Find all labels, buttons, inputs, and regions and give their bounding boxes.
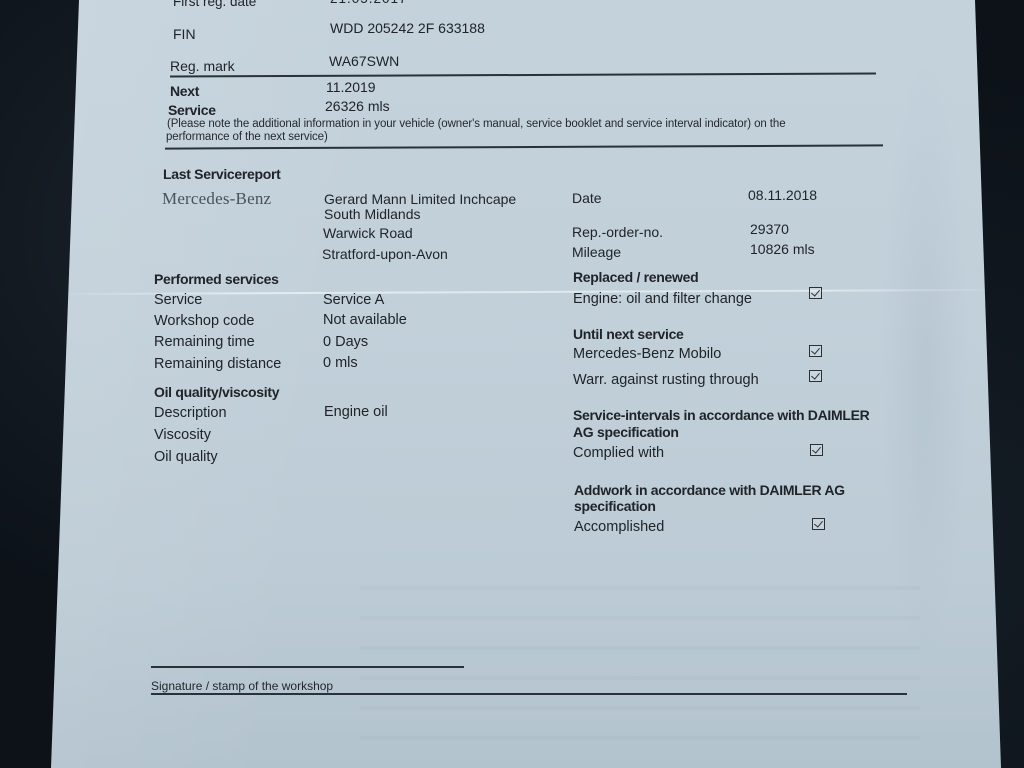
- workshop-code-value: Not available: [323, 312, 407, 328]
- remaining-time-label: Remaining time: [154, 334, 255, 350]
- dealer-town: Stratford-upon-Avon: [322, 246, 448, 262]
- oil-description-label: Description: [154, 405, 227, 421]
- viscosity-label: Viscosity: [154, 427, 211, 443]
- mileage-label: Mileage: [572, 244, 621, 260]
- mercedes-benz-logo: Mercedes-Benz: [162, 189, 271, 209]
- performed-services-heading: Performed services: [154, 271, 279, 287]
- complied-with-label: Complied with: [573, 445, 664, 461]
- fin-label: FIN: [173, 26, 196, 42]
- dealer-name: Gerard Mann Limited Inchcape: [324, 191, 516, 207]
- checked-box-icon: [810, 444, 823, 456]
- engine-oil-change-label: Engine: oil and filter change: [573, 291, 752, 307]
- remaining-distance-value: 0 mls: [323, 355, 358, 371]
- reg-mark-rule: [170, 72, 876, 77]
- first-reg-label: First reg. date: [173, 0, 256, 9]
- order-no-value: 29370: [750, 221, 789, 237]
- mobilo-label: Mercedes-Benz Mobilo: [573, 346, 721, 362]
- service-label: Service: [168, 102, 216, 118]
- remaining-distance-label: Remaining distance: [154, 356, 281, 372]
- rust-warranty-label: Warr. against rusting through: [573, 372, 759, 388]
- service-date-label: Date: [572, 190, 602, 206]
- order-no-label: Rep.-order-no.: [572, 224, 663, 240]
- next-service-mileage: 26326 mls: [325, 98, 390, 114]
- addwork-heading-line1: Addwork in accordance with DAIMLER AG: [574, 482, 845, 498]
- dealer-street: Warwick Road: [323, 225, 413, 241]
- addwork-heading-line2: specification: [574, 498, 656, 514]
- signature-rule: [151, 693, 907, 695]
- signature-label: Signature / stamp of the workshop: [151, 679, 333, 693]
- intervals-heading-line2: AG specification: [573, 424, 679, 440]
- replaced-heading: Replaced / renewed: [573, 269, 698, 285]
- reg-mark-label: Reg. mark: [170, 58, 235, 74]
- checked-box-icon: [809, 287, 822, 299]
- oil-description-value: Engine oil: [324, 404, 388, 420]
- next-service-date: 11.2019: [326, 79, 376, 95]
- next-label: Next: [170, 83, 199, 99]
- oil-quality-label: Oil quality: [154, 449, 218, 465]
- next-service-note-line1: (Please note the additional information …: [167, 118, 786, 130]
- remaining-time-value: 0 Days: [323, 334, 368, 350]
- service-row-label: Service: [154, 292, 202, 308]
- until-next-heading: Until next service: [573, 326, 684, 342]
- fin-value: WDD 205242 2F 633188: [330, 20, 485, 36]
- last-service-heading: Last Servicereport: [163, 166, 281, 182]
- signature-line: [151, 666, 464, 668]
- service-row-value: Service A: [323, 292, 384, 308]
- first-reg-value: 21.05.2017: [330, 0, 408, 6]
- checked-box-icon: [812, 518, 825, 530]
- service-date-value: 08.11.2018: [748, 187, 817, 203]
- reg-mark-value: WA67SWN: [329, 53, 399, 69]
- checked-box-icon: [809, 345, 822, 357]
- service-report-page: First reg. date 21.05.2017 FIN WDD 20524…: [0, 0, 1024, 768]
- next-service-rule: [165, 144, 883, 149]
- workshop-code-label: Workshop code: [154, 313, 254, 329]
- oil-heading: Oil quality/viscosity: [154, 384, 279, 400]
- next-service-note-line2: performance of the next service): [166, 131, 328, 143]
- show-through-text: [360, 560, 920, 750]
- accomplished-label: Accomplished: [574, 519, 664, 535]
- mileage-value: 10826 mls: [750, 241, 815, 257]
- dealer-region: South Midlands: [324, 206, 421, 222]
- intervals-heading-line1: Service-intervals in accordance with DAI…: [573, 407, 869, 423]
- checked-box-icon: [809, 370, 822, 382]
